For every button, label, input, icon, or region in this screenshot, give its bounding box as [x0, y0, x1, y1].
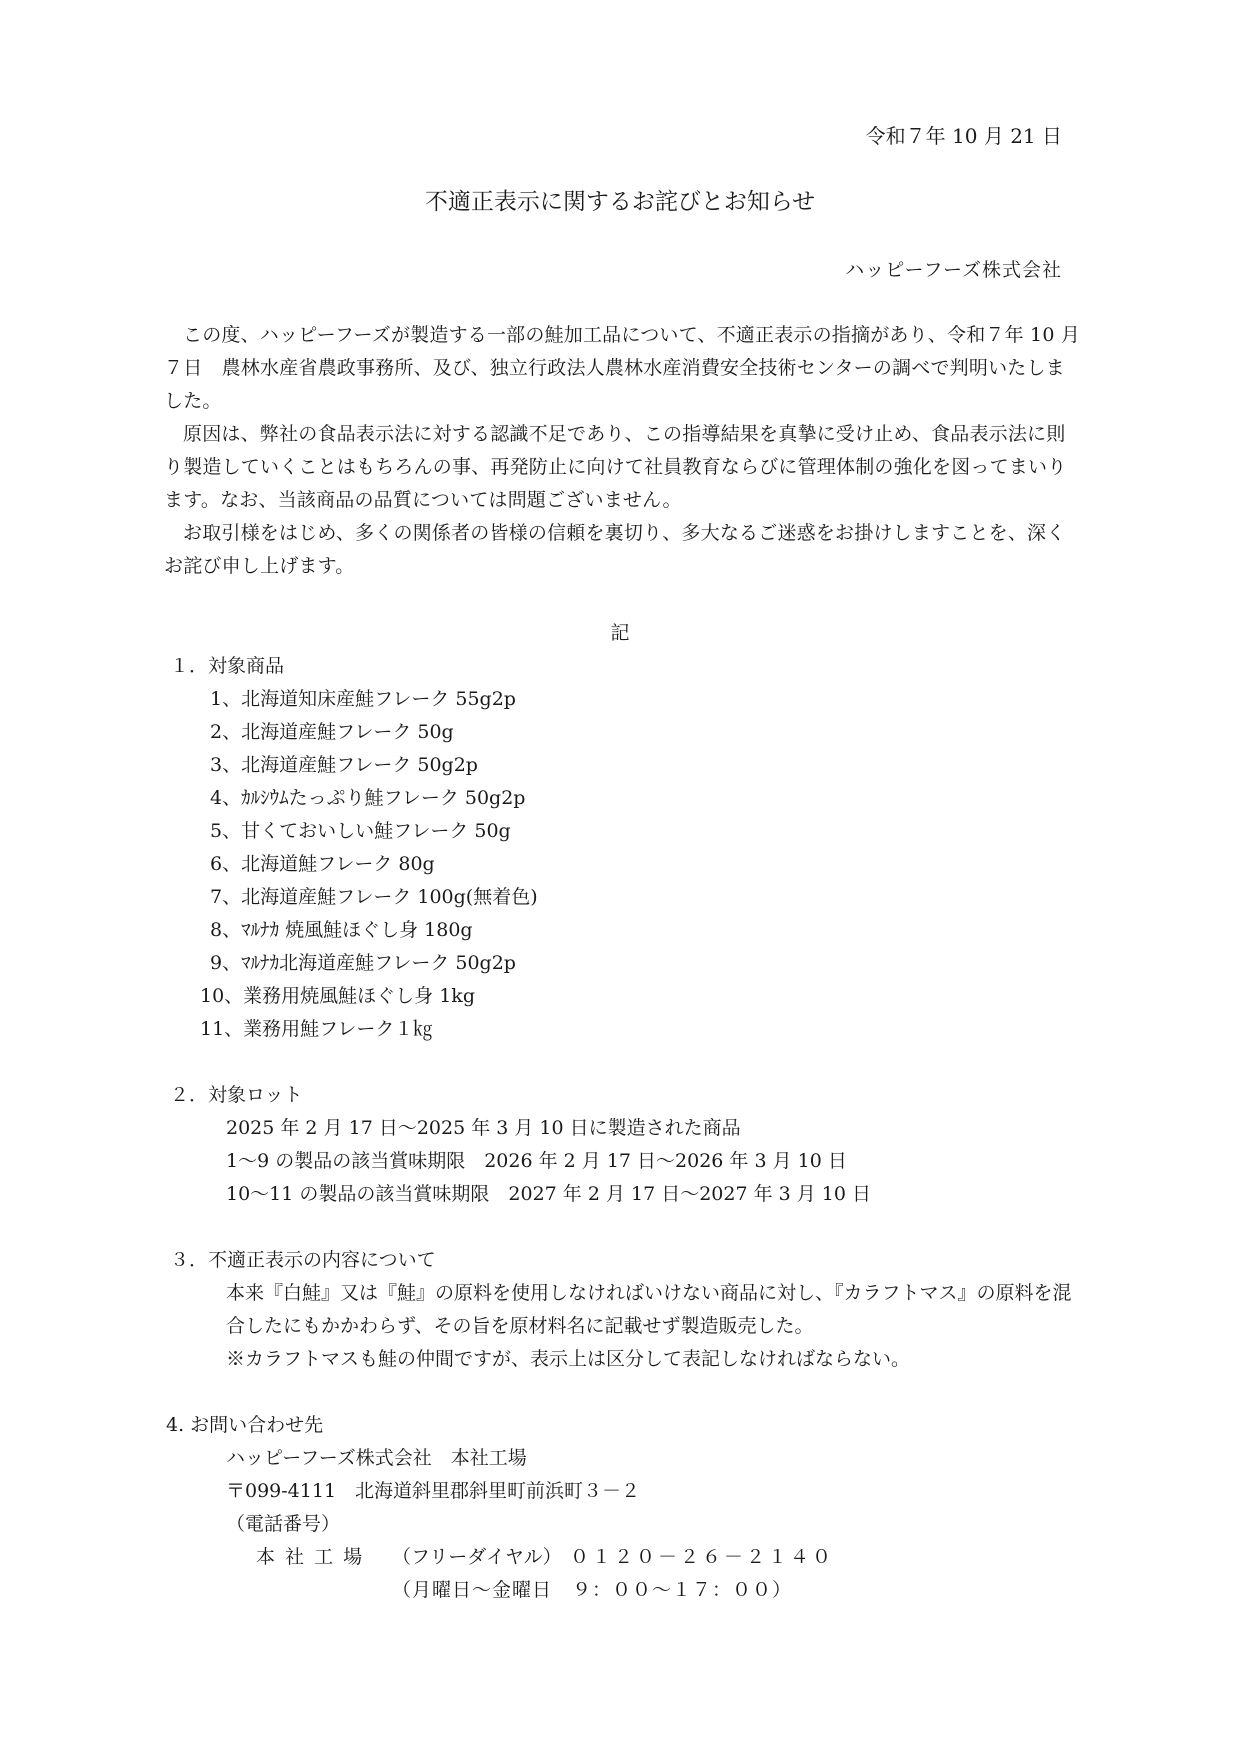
document-page: 令和７年 10 月 21 日 不適正表示に関するお詫びとお知らせ ハッピーフーズ… — [0, 0, 1240, 1755]
product-item: 8、ﾏﾙﾅｶ 焼風鮭ほぐし身 180g — [210, 914, 473, 947]
product-item: 1、北海道知床産鮭フレーク 55g2p — [210, 683, 516, 716]
lot-line: 10～11 の製品の該当賞味期限 2027 年 2 月 17 日～2027 年 … — [226, 1178, 871, 1211]
lot-line: 2025 年 2 月 17 日～2025 年 3 月 10 日に製造された商品 — [226, 1112, 741, 1145]
apology-paragraph-1: この度、ハッピーフーズが製造する一部の鮭加工品について、不適正表示の指摘があり、… — [164, 319, 1084, 418]
apology-paragraph-3: お取引様をはじめ、多くの関係者の皆様の信頼を裏切り、多大なるご迷惑をお掛けします… — [164, 517, 1084, 583]
apology-paragraph-2: 原因は、弊社の食品表示法に対する認識不足であり、この指導結果を真摯に受け止め、食… — [164, 418, 1084, 517]
issuer-company: ハッピーフーズ株式会社 — [845, 254, 1062, 287]
product-item: 6、北海道鮭フレーク 80g — [210, 848, 435, 881]
lot-line: 1～9 の製品の該当賞味期限 2026 年 2 月 17 日～2026 年 3 … — [226, 1145, 847, 1178]
product-item: 4、ｶﾙｼｳﾑたっぷり鮭フレーク 50g2p — [210, 782, 525, 815]
product-item: 7、北海道産鮭フレーク 100g(無着色) — [210, 881, 538, 914]
product-item: 5、甘くておいしい鮭フレーク 50g — [210, 815, 511, 848]
product-item: 10、業務用焼風鮭ほぐし身 1kg — [200, 980, 475, 1013]
product-item: 2、北海道産鮭フレーク 50g — [210, 716, 454, 749]
contact-company: ハッピーフーズ株式会社 本社工場 — [226, 1442, 527, 1475]
ki-heading: 記 — [0, 617, 1240, 650]
product-item: 9、ﾏﾙﾅｶ北海道産鮭フレーク 50g2p — [210, 947, 516, 980]
content-paragraph: 本来『白鮭』又は『鮭』の原料を使用しなければいけない商品に対し、『カラフトマス』… — [226, 1277, 1086, 1343]
contact-address: 〒099-4111 北海道斜里郡斜里町前浜町３－２ — [226, 1475, 640, 1508]
product-item: 11、業務用鮭フレーク１㎏ — [200, 1013, 432, 1046]
contact-office: 本 社 工 場 — [256, 1541, 364, 1574]
section-products-heading: １．対象商品 — [170, 650, 284, 683]
contact-hours: （月曜日～金曜日 ９：００～１７：００） — [392, 1574, 792, 1607]
section-content-heading: ３．不適正表示の内容について — [170, 1244, 436, 1277]
document-date: 令和７年 10 月 21 日 — [866, 120, 1062, 153]
contact-phone-number[interactable]: ０１２０－２６－２１４０ — [570, 1541, 834, 1574]
contact-free-dial-label: （フリーダイヤル） — [392, 1541, 562, 1574]
section-lots-heading: ２．対象ロット — [170, 1079, 303, 1112]
section-contact-heading: 4. お問い合わせ先 — [166, 1409, 323, 1442]
document-title: 不適正表示に関するお詫びとお知らせ — [0, 186, 1240, 219]
contact-phone-label: （電話番号） — [226, 1508, 340, 1541]
content-note: ※カラフトマスも鮭の仲間ですが、表示上は区分して表記しなければならない。 — [226, 1343, 910, 1376]
product-item: 3、北海道産鮭フレーク 50g2p — [210, 749, 478, 782]
